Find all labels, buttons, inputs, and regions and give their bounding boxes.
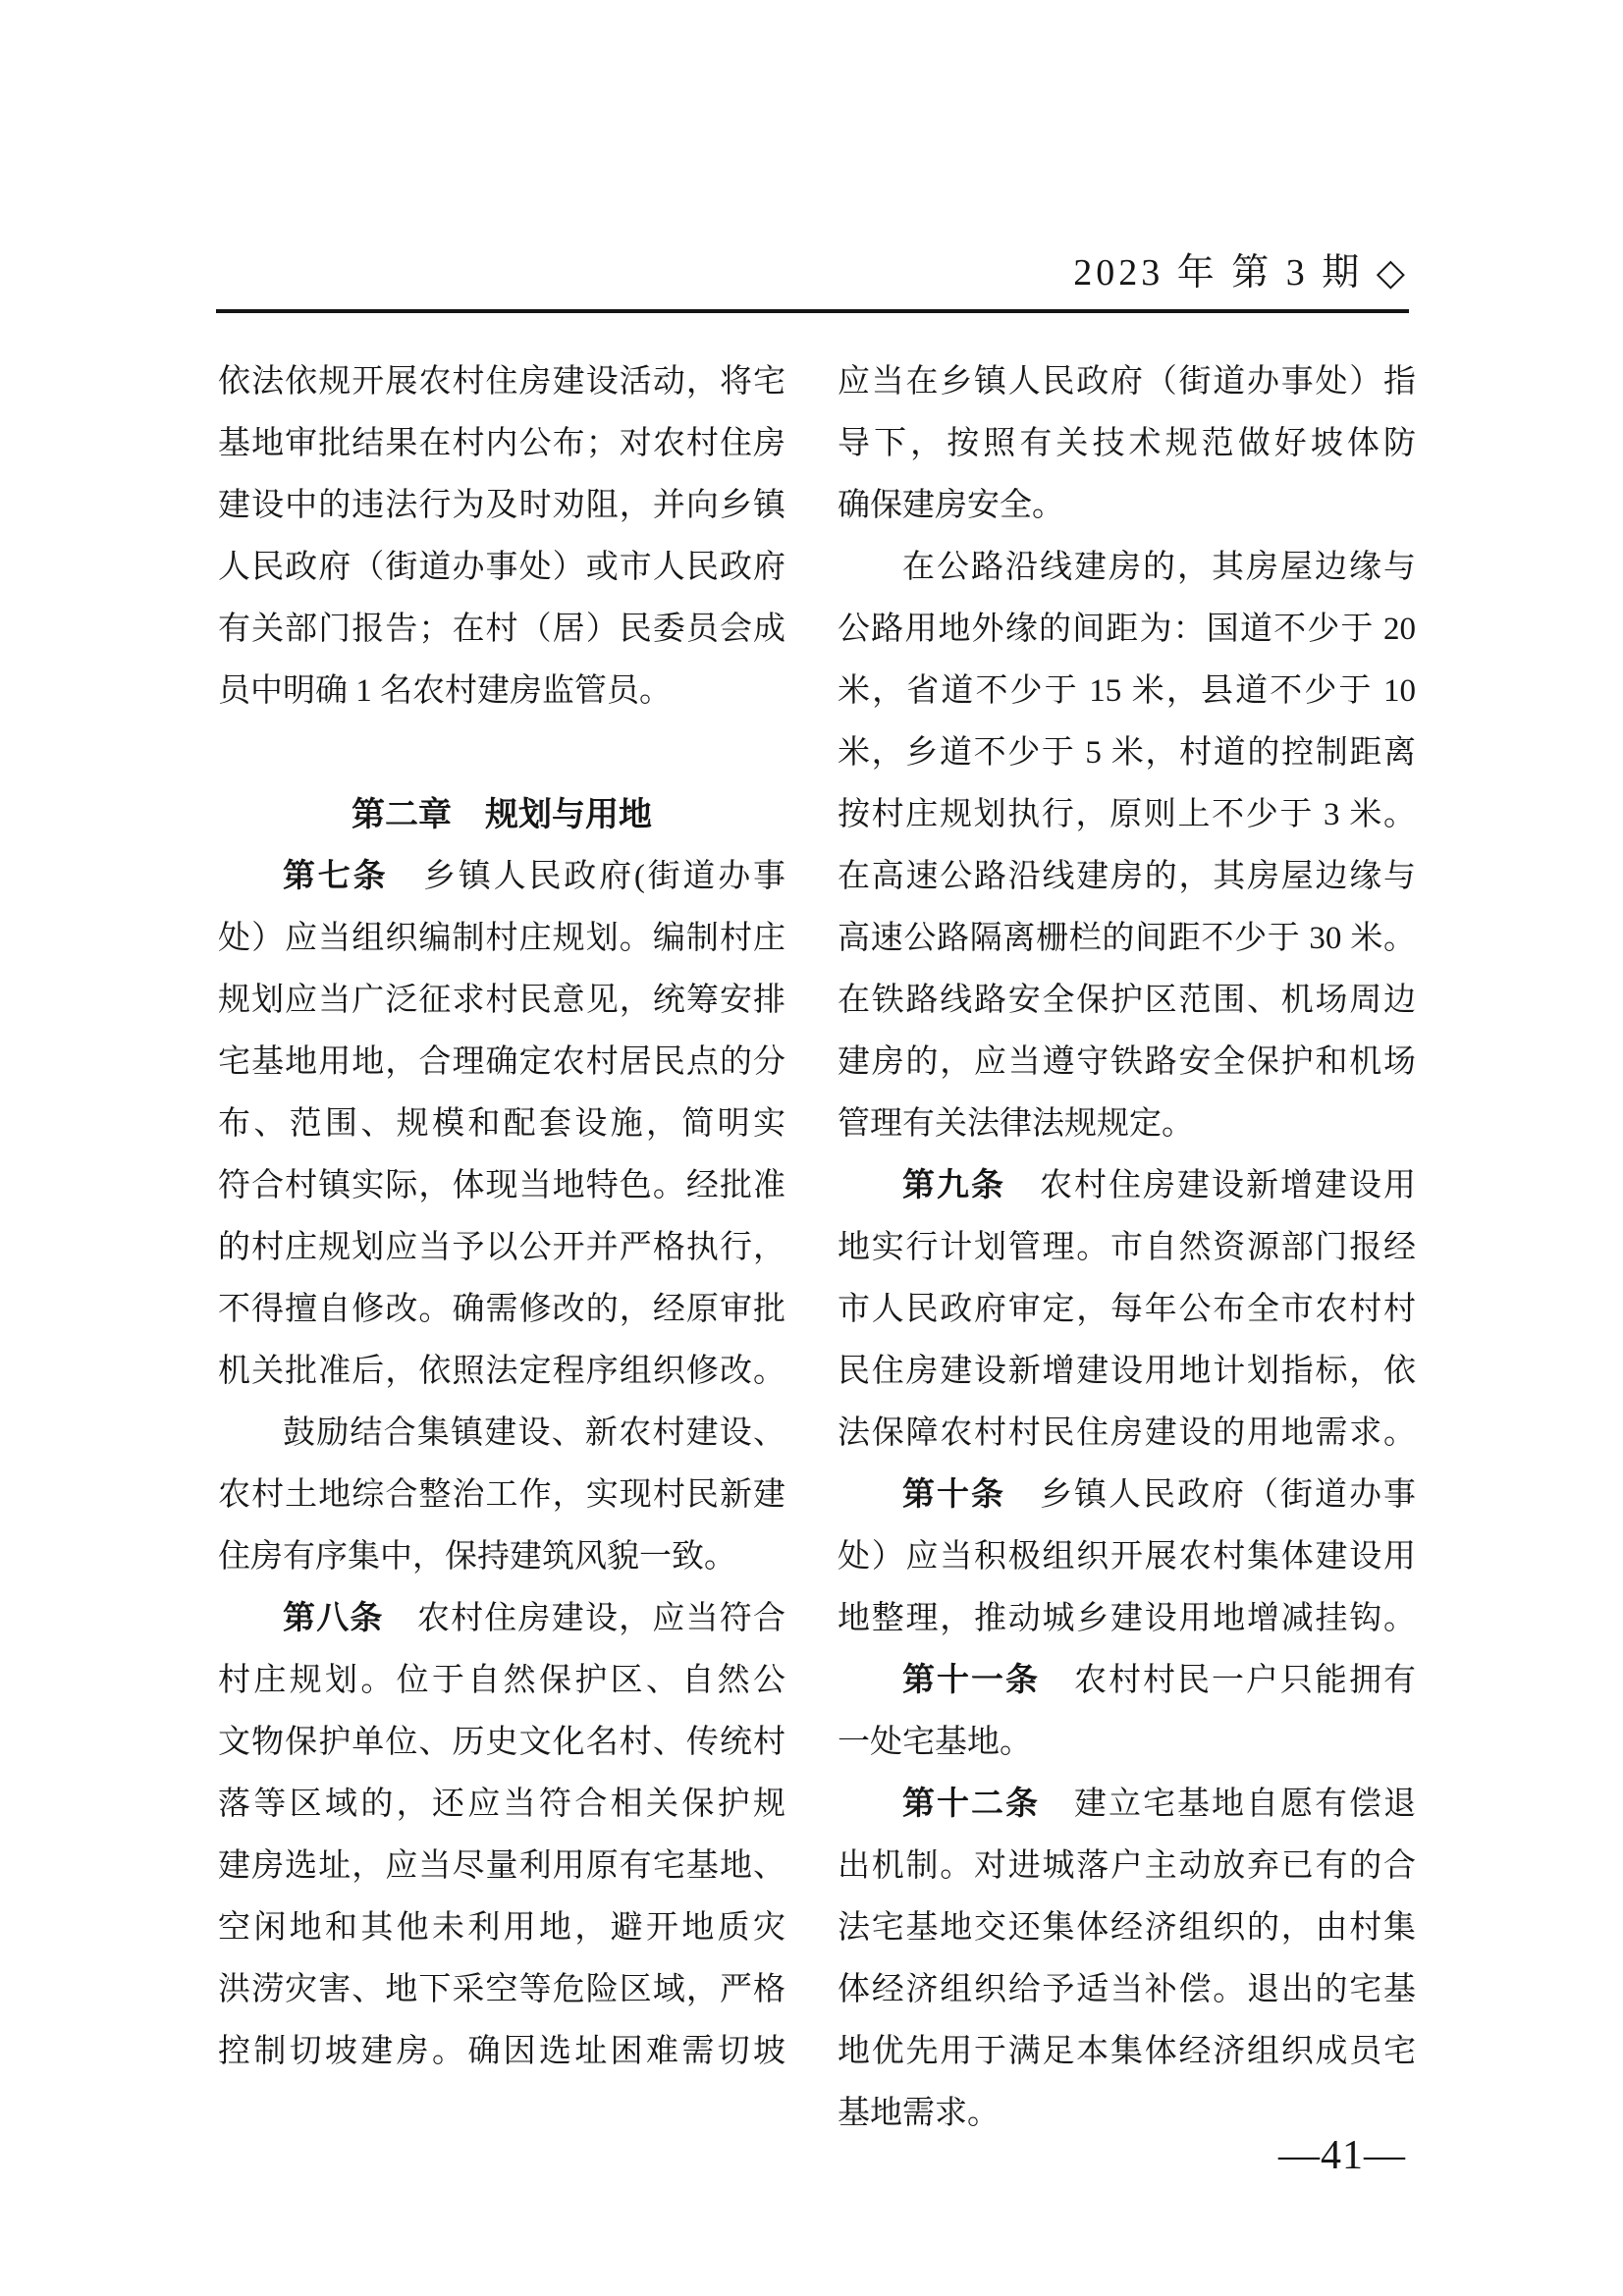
article-number: 第九条 <box>902 1168 1005 1203</box>
text-line: 空闲地和其他未利用地，避开地质灾害、 <box>218 1897 785 1959</box>
text-line: 应当在乡镇人民政府（街道办事处）指 <box>838 351 1416 413</box>
text-line: 布、范围、规模和配套设施，简明实用， <box>218 1094 785 1155</box>
text-line: 第九条 农村住房建设新增建设用 <box>838 1155 1416 1217</box>
page-number: —41— <box>1278 2132 1406 2179</box>
text-line: 米，省道不少于 15 米，县道不少于 10 <box>838 661 1416 722</box>
text-line: 员中明确 1 名农村建房监管员。 <box>218 661 785 722</box>
article-number: 第十二条 <box>902 1787 1040 1822</box>
text-line: 地实行计划管理。市自然资源部门报经 <box>838 1217 1416 1279</box>
text-column-left: 依法依规开展农村住房建设活动，将宅基地审批结果在村内公布；对农村住房建设中的违法… <box>218 351 785 2083</box>
text-line: 体经济组织给予适当补偿。退出的宅基 <box>838 1959 1416 2021</box>
blank-line <box>218 722 785 784</box>
text-line: 第十条 乡镇人民政府（街道办事 <box>838 1465 1416 1526</box>
header-rule <box>216 309 1409 313</box>
text-line: 建房选址，应当尽量利用原有宅基地、 <box>218 1836 785 1897</box>
text-line: 符合村镇实际，体现当地特色。经批准 <box>218 1155 785 1217</box>
text-line: 宅基地用地，合理确定农村居民点的分 <box>218 1032 785 1094</box>
text-line: 建设中的违法行为及时劝阻，并向乡镇 <box>218 475 785 537</box>
text-line: 管理有关法律法规规定。 <box>838 1094 1416 1155</box>
issue-header: 2023 年 第 3 期 ◇ <box>1073 247 1409 298</box>
text-line: 处）应当积极组织开展农村集体建设用 <box>838 1526 1416 1588</box>
chapter-heading: 第二章 规划与用地 <box>218 784 785 846</box>
text-line: 法宅基地交还集体经济组织的，由村集 <box>838 1897 1416 1959</box>
text-line: 米，乡道不少于 5 米，村道的控制距离 <box>838 722 1416 784</box>
text-line: 洪涝灾害、地下采空等危险区域，严格 <box>218 1959 785 2021</box>
document-page: 2023 年 第 3 期 ◇ 依法依规开展农村住房建设活动，将宅基地审批结果在村… <box>0 0 1623 2296</box>
text-line: 鼓励结合集镇建设、新农村建设、 <box>218 1403 785 1465</box>
text-line: 文物保护单位、历史文化名村、传统村 <box>218 1712 785 1774</box>
text-line: 有关部门报告；在村（居）民委员会成 <box>218 599 785 661</box>
text-line: 控制切坡建房。确因选址困难需切坡的， <box>218 2021 785 2083</box>
text-line: 基地审批结果在村内公布；对农村住房 <box>218 413 785 475</box>
text-line: 农村土地综合整治工作，实现村民新建 <box>218 1465 785 1526</box>
text-line: 第十二条 建立宅基地自愿有偿退 <box>838 1774 1416 1836</box>
text-line: 出机制。对进城落户主动放弃已有的合 <box>838 1836 1416 1897</box>
text-line: 导下，按照有关技术规范做好坡体防护， <box>838 413 1416 475</box>
article-number: 第八条 <box>283 1601 384 1636</box>
text-line: 住房有序集中，保持建筑风貌一致。 <box>218 1526 785 1588</box>
text-line: 在高速公路沿线建房的，其房屋边缘与 <box>838 846 1416 908</box>
text-line: 村庄规划。位于自然保护区、自然公园、 <box>218 1650 785 1712</box>
text-line: 规划应当广泛征求村民意见，统筹安排 <box>218 970 785 1032</box>
text-line: 在公路沿线建房的，其房屋边缘与 <box>838 537 1416 599</box>
text-line: 一处宅基地。 <box>838 1712 1416 1774</box>
text-column-right: 应当在乡镇人民政府（街道办事处）指导下，按照有关技术规范做好坡体防护，确保建房安… <box>838 351 1416 2145</box>
text-line: 机关批准后，依照法定程序组织修改。 <box>218 1341 785 1403</box>
text-line: 在铁路线路安全保护区范围、机场周边 <box>838 970 1416 1032</box>
text-line: 公路用地外缘的间距为：国道不少于 20 <box>838 599 1416 661</box>
text-line: 人民政府（街道办事处）或市人民政府 <box>218 537 785 599</box>
text-line: 第七条 乡镇人民政府(街道办事 <box>218 846 785 908</box>
text-line: 处）应当组织编制村庄规划。编制村庄 <box>218 908 785 970</box>
text-line: 高速公路隔离栅栏的间距不少于 30 米。 <box>838 908 1416 970</box>
text-line: 依法依规开展农村住房建设活动，将宅 <box>218 351 785 413</box>
text-line: 民住房建设新增建设用地计划指标，依 <box>838 1341 1416 1403</box>
article-number: 第十条 <box>902 1477 1005 1513</box>
text-line: 确保建房安全。 <box>838 475 1416 537</box>
article-number: 第七条 <box>283 859 388 894</box>
text-line: 建房的，应当遵守铁路安全保护和机场 <box>838 1032 1416 1094</box>
text-line: 法保障农村村民住房建设的用地需求。 <box>838 1403 1416 1465</box>
text-line: 地整理，推动城乡建设用地增减挂钩。 <box>838 1588 1416 1650</box>
text-line: 落等区域的，还应当符合相关保护规划。 <box>218 1774 785 1836</box>
text-line: 按村庄规划执行，原则上不少于 3 米。 <box>838 784 1416 846</box>
text-line: 市人民政府审定，每年公布全市农村村 <box>838 1279 1416 1341</box>
text-line: 地优先用于满足本集体经济组织成员宅 <box>838 2021 1416 2083</box>
text-line: 第八条 农村住房建设，应当符合 <box>218 1588 785 1650</box>
article-number: 第十一条 <box>902 1663 1040 1698</box>
text-line: 不得擅自修改。确需修改的，经原审批 <box>218 1279 785 1341</box>
text-line: 的村庄规划应当予以公开并严格执行， <box>218 1217 785 1279</box>
text-line: 第十一条 农村村民一户只能拥有 <box>838 1650 1416 1712</box>
